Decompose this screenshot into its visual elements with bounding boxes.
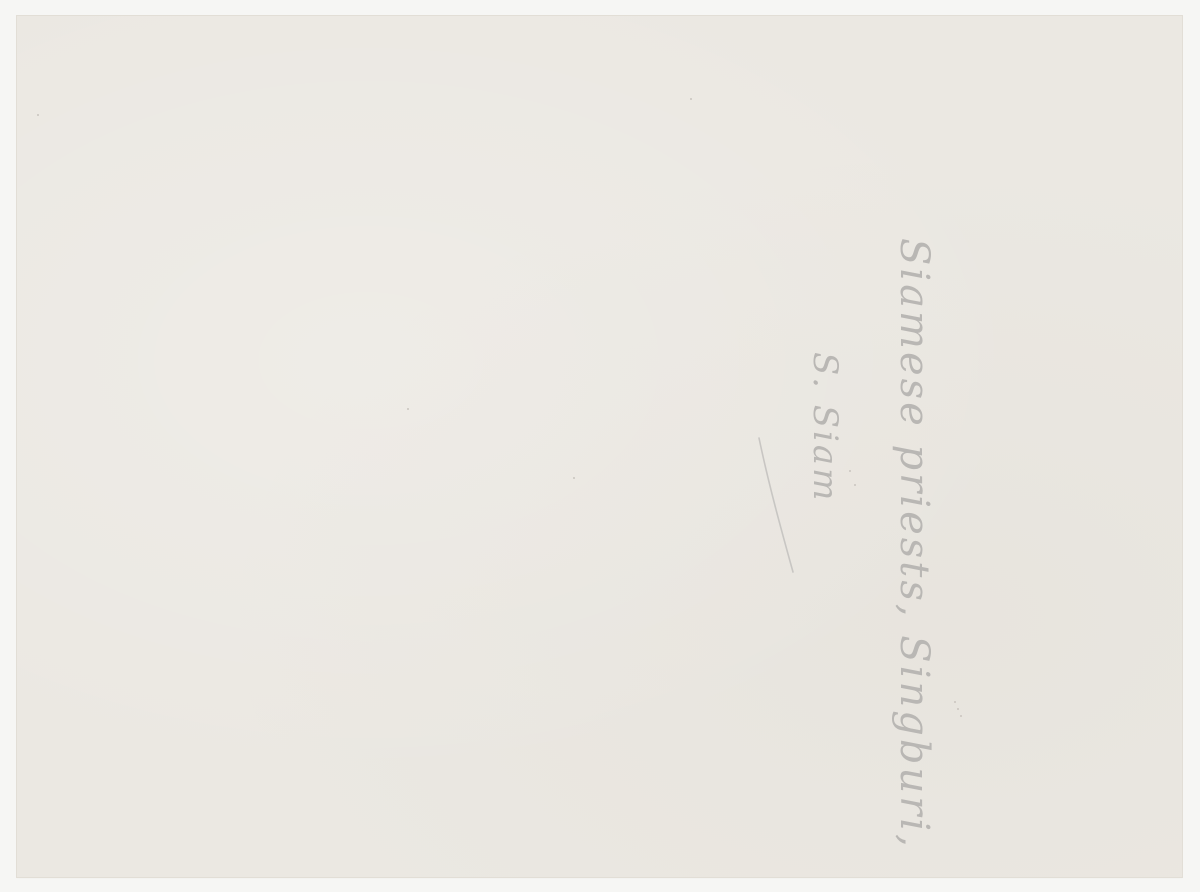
paper-speck bbox=[957, 708, 959, 710]
paper-speck bbox=[954, 701, 956, 703]
paper-speck bbox=[854, 484, 856, 486]
photo-back-card: Siamese priests, Singburi, S. Siam bbox=[17, 16, 1182, 877]
paper-speck bbox=[37, 114, 39, 116]
paper-speck bbox=[849, 470, 851, 472]
paper-speck bbox=[690, 98, 692, 100]
handwritten-caption: Siamese priests, Singburi, bbox=[891, 238, 937, 850]
paper-speck bbox=[960, 715, 962, 717]
paper-speck bbox=[407, 408, 409, 410]
paper-speck bbox=[573, 477, 575, 479]
handwritten-location: S. Siam bbox=[805, 352, 845, 503]
pencil-stroke-mark bbox=[757, 436, 797, 576]
